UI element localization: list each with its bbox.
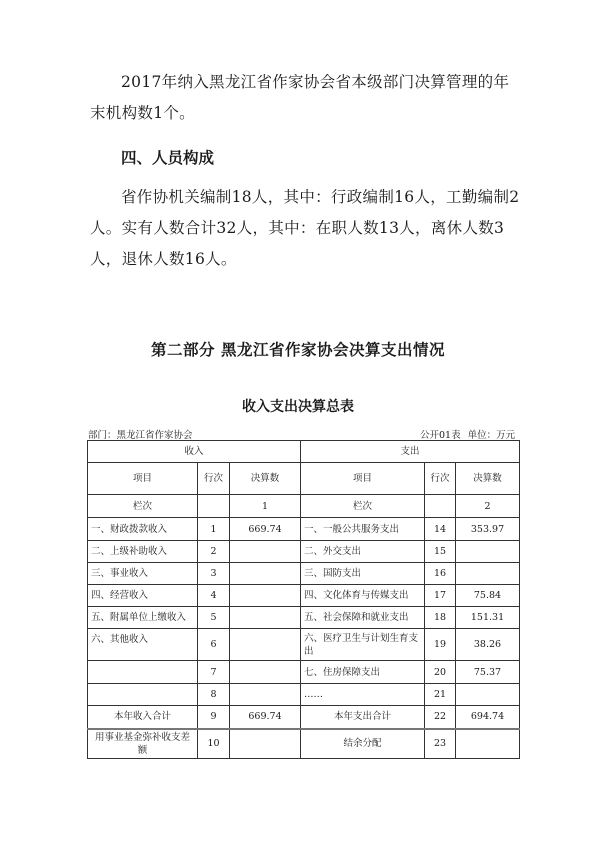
income-item: 三、事业收入 (88, 563, 198, 585)
column-index-row: 栏次 1 栏次 2 (88, 495, 520, 518)
income-line: 7 (198, 661, 230, 684)
table-row: 五、附属单位上缴收入 5 五、社会保障和就业支出 18 151.31 (88, 607, 520, 629)
expense-line: 22 (425, 706, 456, 729)
income-item: 四、经营收入 (88, 585, 198, 607)
table-row-total: 本年收入合计 9 669.74 本年支出合计 22 694.74 (88, 706, 520, 729)
income-line: 10 (198, 729, 230, 759)
income-item: 一、财政拨款收入 (88, 518, 198, 541)
income-line: 9 (198, 706, 230, 729)
expense-line: 15 (425, 541, 456, 563)
expense-line: 21 (425, 684, 456, 706)
expense-amount: 38.26 (456, 629, 520, 661)
income-amount (230, 729, 301, 759)
expense-item: 七、住房保障支出 (301, 661, 425, 684)
table-row: 8 …… 21 (88, 684, 520, 706)
expense-line: 14 (425, 518, 456, 541)
income-amount (230, 541, 301, 563)
table-title: 收入支出决算总表 (0, 396, 596, 416)
expense-item: 五、社会保障和就业支出 (301, 607, 425, 629)
income-line: 8 (198, 684, 230, 706)
expense-item: 四、文化体育与传媒支出 (301, 585, 425, 607)
expense-amount: 75.84 (456, 585, 520, 607)
income-item (88, 661, 198, 684)
expense-line: 20 (425, 661, 456, 684)
section-heading-staff: 四、人员构成 (121, 146, 214, 170)
col-header-line: 行次 (198, 463, 230, 495)
table-row: 二、上级补助收入 2 二、外交支出 15 (88, 541, 520, 563)
table-code-unit: 公开01表 单位：万元 (420, 427, 515, 441)
expense-line: 19 (425, 629, 456, 661)
empty-cell (425, 495, 456, 518)
expense-amount: 353.97 (456, 518, 520, 541)
income-item: 二、上级补助收入 (88, 541, 198, 563)
expense-total-label: 本年支出合计 (301, 706, 425, 729)
table-row: 四、经营收入 4 四、文化体育与传媒支出 17 75.84 (88, 585, 520, 607)
expense-line: 17 (425, 585, 456, 607)
income-line: 6 (198, 629, 230, 661)
income-amount (230, 607, 301, 629)
expense-group-header: 支出 (301, 441, 520, 463)
expense-amount (456, 684, 520, 706)
table-row: 7 七、住房保障支出 20 75.37 (88, 661, 520, 684)
income-line: 3 (198, 563, 230, 585)
income-amount: 669.74 (230, 518, 301, 541)
paragraph-text: 省作协机关编制18人，其中：行政编制16人，工勤编制2人。实有人数合计32人，其… (90, 188, 519, 268)
column-index-label: 栏次 (301, 495, 425, 518)
income-amount (230, 684, 301, 706)
part-title: 第二部分 黑龙江省作家协会决算支出情况 (0, 338, 596, 360)
group-header-row: 收入 支出 (88, 441, 520, 463)
expense-amount (456, 729, 520, 759)
expense-item: 二、外交支出 (301, 541, 425, 563)
income-line: 2 (198, 541, 230, 563)
column-header-row: 项目 行次 决算数 项目 行次 决算数 (88, 463, 520, 495)
income-item (88, 684, 198, 706)
expense-column-index: 2 (456, 495, 520, 518)
table-row: 一、财政拨款收入 1 669.74 一、一般公共服务支出 14 353.97 (88, 518, 520, 541)
expense-line: 18 (425, 607, 456, 629)
income-column-index: 1 (230, 495, 301, 518)
income-item: 用事业基金弥补收支差额 (88, 729, 198, 759)
table-row: 三、事业收入 3 三、国防支出 16 (88, 563, 520, 585)
paragraph-staff-composition: 省作协机关编制18人，其中：行政编制16人，工勤编制2人。实有人数合计32人，其… (90, 182, 520, 275)
expense-amount (456, 541, 520, 563)
expense-item: 结余分配 (301, 729, 425, 759)
table-row: 六、其他收入 6 六、医疗卫生与计划生育支出 19 38.26 (88, 629, 520, 661)
income-item: 五、附属单位上缴收入 (88, 607, 198, 629)
income-amount (230, 629, 301, 661)
income-item: 六、其他收入 (88, 629, 198, 661)
expense-amount: 151.31 (456, 607, 520, 629)
expense-amount: 75.37 (456, 661, 520, 684)
income-total-label: 本年收入合计 (88, 706, 198, 729)
paragraph-institution-count: 2017年纳入黑龙江省作家协会省本级部门决算管理的年末机构数1个。 (90, 67, 520, 129)
income-line: 4 (198, 585, 230, 607)
expense-line: 16 (425, 563, 456, 585)
column-index-label: 栏次 (88, 495, 198, 518)
col-header-amount: 决算数 (230, 463, 301, 495)
col-header-amount: 决算数 (456, 463, 520, 495)
expense-line: 23 (425, 729, 456, 759)
expense-item: …… (301, 684, 425, 706)
paragraph-text: 2017年纳入黑龙江省作家协会省本级部门决算管理的年末机构数1个。 (90, 73, 509, 122)
income-amount (230, 661, 301, 684)
expense-total-amount: 694.74 (456, 706, 520, 729)
department-label: 部门：黑龙江省作家协会 (88, 427, 193, 441)
income-total-amount: 669.74 (230, 706, 301, 729)
expense-amount (456, 563, 520, 585)
expense-item: 一、一般公共服务支出 (301, 518, 425, 541)
expense-item: 三、国防支出 (301, 563, 425, 585)
col-header-line: 行次 (425, 463, 456, 495)
col-header-item: 项目 (301, 463, 425, 495)
income-group-header: 收入 (88, 441, 301, 463)
col-header-item: 项目 (88, 463, 198, 495)
expense-item: 六、医疗卫生与计划生育支出 (301, 629, 425, 661)
income-line: 1 (198, 518, 230, 541)
income-amount (230, 585, 301, 607)
table-row: 用事业基金弥补收支差额 10 结余分配 23 (88, 729, 520, 759)
empty-cell (198, 495, 230, 518)
income-expense-summary-table: 收入 支出 项目 行次 决算数 项目 行次 决算数 栏次 1 栏次 2 一、财政… (87, 440, 520, 759)
income-amount (230, 563, 301, 585)
income-line: 5 (198, 607, 230, 629)
